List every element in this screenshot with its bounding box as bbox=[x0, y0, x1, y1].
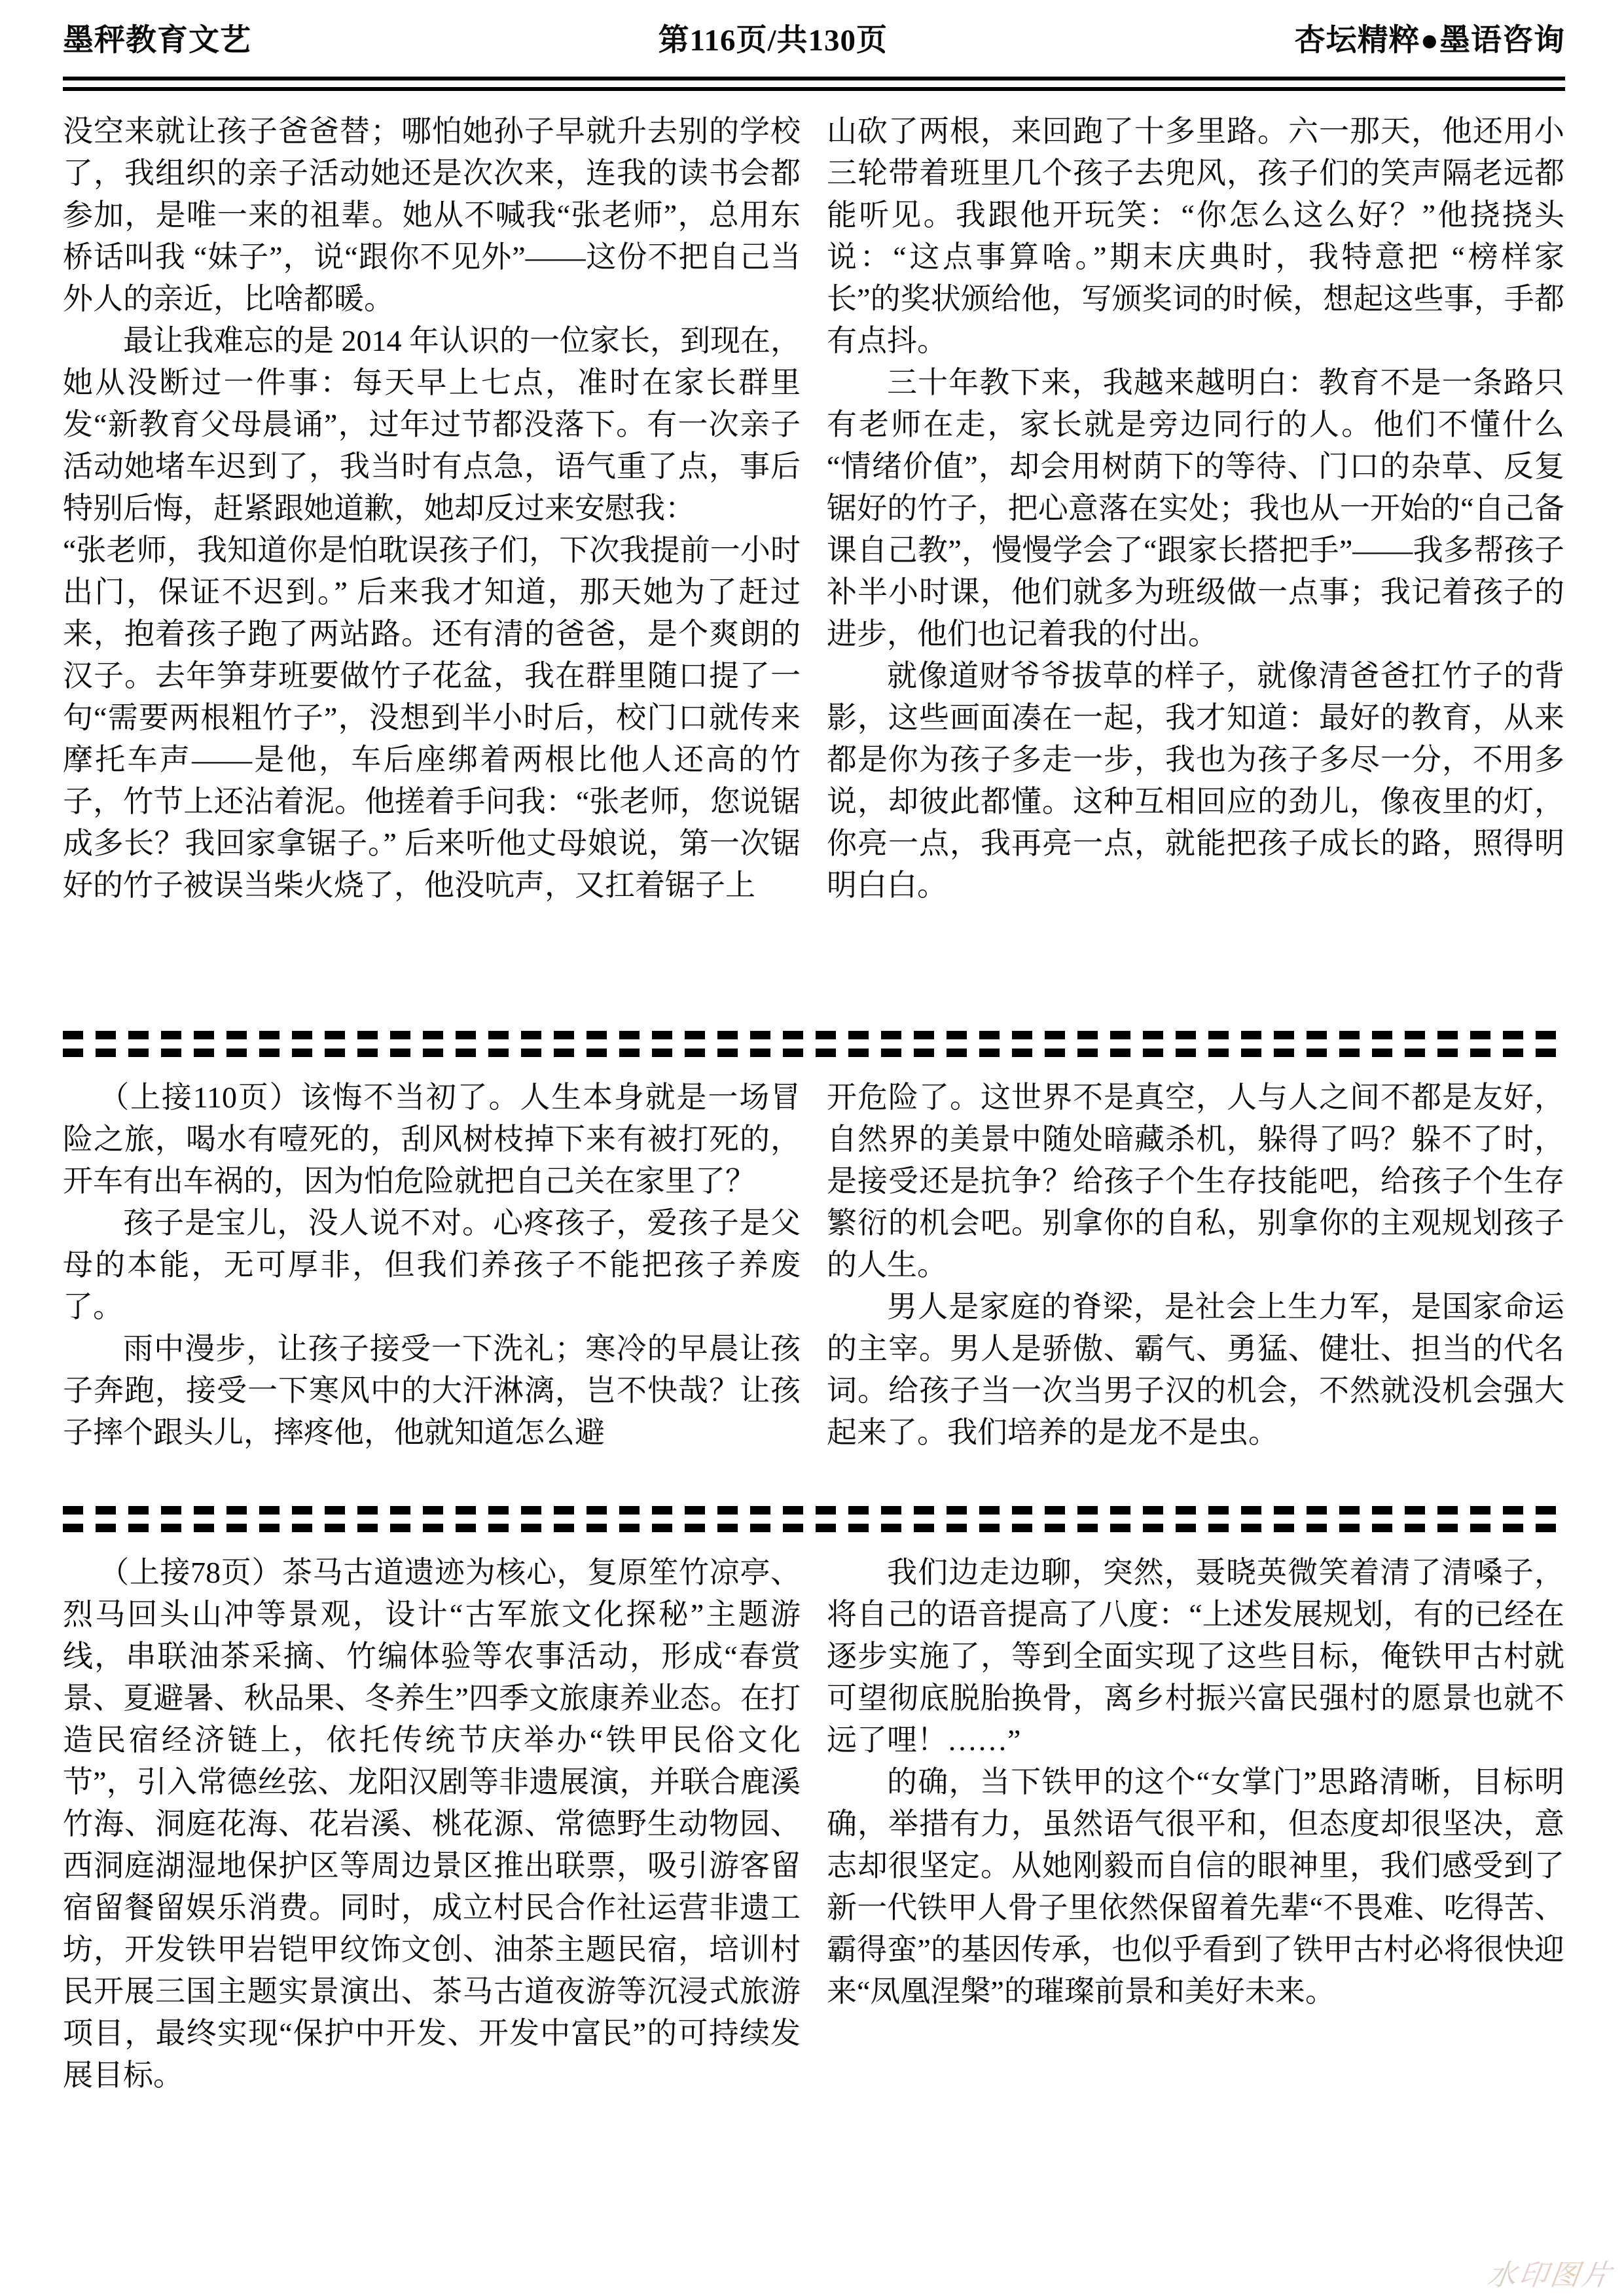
journal-title: 墨秤教育文艺 bbox=[63, 16, 251, 60]
paragraph: （上接110页）该悔不当初了。人生本身就是一场冒险之旅，喝水有噎死的，刮风树枝掉… bbox=[63, 1077, 801, 1202]
page-number: 第116页/共130页 bbox=[659, 16, 888, 60]
dash-row bbox=[63, 1049, 1565, 1057]
paragraph: 的确，当下铁甲的这个“女掌门”思路清晰，目标明确，举措有力，虽然语气很平和，但态… bbox=[827, 1761, 1564, 2013]
section-2-right-column: 开危险了。这世界不是真空，人与人之间不都是友好，自然界的美景中随处暗藏杀机，躲得… bbox=[827, 1077, 1564, 1454]
dash-row bbox=[63, 1524, 1565, 1532]
paragraph: 三十年教下来，我越来越明白：教育不是一条路只有老师在走，家长就是旁边同行的人。他… bbox=[827, 362, 1564, 655]
header-double-rule bbox=[63, 77, 1565, 91]
paragraph: 孩子是宝儿，没人说不对。心疼孩子，爱孩子是父母的本能，无可厚非，但我们养孩子不能… bbox=[63, 1202, 801, 1328]
paragraph: 男人是家庭的脊梁，是社会上生力军，是国家命运的主宰。男人是骄傲、霸气、勇猛、健壮… bbox=[827, 1286, 1564, 1454]
section-divider bbox=[63, 1506, 1565, 1532]
paragraph: 最让我难忘的是 2014 年认识的一位家长，到现在，她从没断过一件事：每天早上七… bbox=[63, 320, 801, 529]
section-1-left-column: 没空来就让孩子爸爸替；哪怕她孙子早就升去别的学校了，我组织的亲子活动她还是次次来… bbox=[63, 111, 801, 906]
watermark: 水印图片 bbox=[1485, 2251, 1617, 2293]
paragraph: （上接78页）茶马古道遗迹为核心，复原笙竹凉亭、烈马回头山冲等景观，设计“古军旅… bbox=[63, 1552, 801, 2096]
paragraph: 山砍了两根，来回跑了十多里路。六一那天，他还用小三轮带着班里几个孩子去兜风，孩子… bbox=[827, 111, 1564, 362]
article-section-2: （上接110页）该悔不当初了。人生本身就是一场冒险之旅，喝水有噎死的，刮风树枝掉… bbox=[63, 1077, 1565, 1484]
page-header: 墨秤教育文艺 第116页/共130页 杏坛精粹●墨语咨询 bbox=[63, 16, 1565, 60]
paragraph: 我们边走边聊，突然，聂晓英微笑着清了清嗓子，将自己的语音提高了八度：“上述发展规… bbox=[827, 1552, 1564, 1761]
section-2-left-column: （上接110页）该悔不当初了。人生本身就是一场冒险之旅，喝水有噎死的，刮风树枝掉… bbox=[63, 1077, 801, 1454]
section-3-right-column: 我们边走边聊，突然，聂晓英微笑着清了清嗓子，将自己的语音提高了八度：“上述发展规… bbox=[827, 1552, 1564, 2013]
paragraph: 雨中漫步，让孩子接受一下洗礼；寒冷的早晨让孩子奔跑，接受一下寒风中的大汗淋漓，岂… bbox=[63, 1328, 801, 1454]
paragraph: 就像道财爷爷拔草的样子，就像清爸爸扛竹子的背影，这些画面凑在一起，我才知道：最好… bbox=[827, 655, 1564, 906]
paragraph: 没空来就让孩子爸爸替；哪怕她孙子早就升去别的学校了，我组织的亲子活动她还是次次来… bbox=[63, 111, 801, 320]
article-section-1: 没空来就让孩子爸爸替；哪怕她孙子早就升去别的学校了，我组织的亲子活动她还是次次来… bbox=[63, 111, 1565, 1009]
article-section-3: （上接78页）茶马古道遗迹为核心，复原笙竹凉亭、烈马回头山冲等景观，设计“古军旅… bbox=[63, 1552, 1565, 2096]
paragraph: “张老师，我知道你是怕耽误孩子们，下次我提前一小时出门，保证不迟到。” 后来我才… bbox=[63, 529, 801, 906]
section-divider bbox=[63, 1031, 1565, 1057]
magazine-page: 墨秤教育文艺 第116页/共130页 杏坛精粹●墨语咨询 没空来就让孩子爸爸替；… bbox=[0, 0, 1624, 2096]
dash-row bbox=[63, 1031, 1565, 1039]
paragraph: 开危险了。这世界不是真空，人与人之间不都是友好，自然界的美景中随处暗藏杀机，躲得… bbox=[827, 1077, 1564, 1286]
section-3-left-column: （上接78页）茶马古道遗迹为核心，复原笙竹凉亭、烈马回头山冲等景观，设计“古军旅… bbox=[63, 1552, 801, 2096]
section-1-right-column: 山砍了两根，来回跑了十多里路。六一那天，他还用小三轮带着班里几个孩子去兜风，孩子… bbox=[827, 111, 1564, 906]
column-title: 杏坛精粹●墨语咨询 bbox=[1295, 16, 1565, 60]
dash-row bbox=[63, 1506, 1565, 1515]
